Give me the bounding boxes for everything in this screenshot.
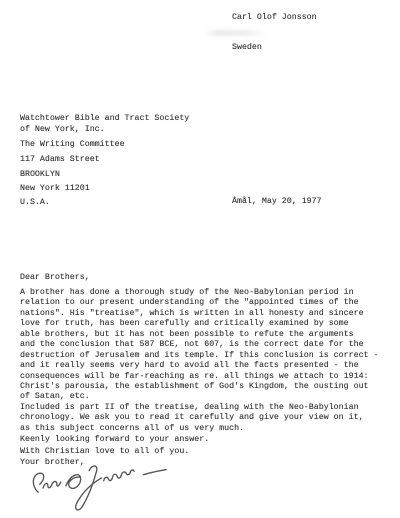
sender-country: Sweden [232, 43, 262, 52]
recipient-line: New York 11201 [20, 184, 90, 193]
closing-line: Keenly looking forward to your answer. [20, 435, 209, 444]
recipient-line: 117 Adams Street [20, 155, 100, 164]
recipient-line: The Writing Committee [20, 140, 125, 149]
recipient-line: U.S.A. [20, 198, 50, 207]
scan-smudge [205, 30, 267, 36]
body-line: and it really seems very hard to avoid a… [20, 361, 378, 371]
body-line: as this subject concerns all of us very … [20, 424, 364, 434]
recipient-line: BROOKLYN [20, 170, 60, 179]
closing-line: With Christian love to all of you. [20, 447, 189, 456]
date-line: Åmål, May 20, 1977 [232, 197, 322, 206]
recipient-line: Watchtower Bible and Tract Society [20, 114, 189, 123]
letter-page: Carl Olof Jonsson Sweden Watchtower Bibl… [0, 0, 400, 518]
handwritten-signature [25, 458, 177, 516]
body-line: A brother has done a thorough study of t… [20, 288, 378, 298]
body-paragraph-2: Included is part II of the treatise, dea… [20, 403, 364, 434]
sender-name: Carl Olof Jonsson [232, 13, 317, 22]
body-line: destruction of Jerusalem and its temple.… [20, 351, 378, 361]
body-line: able brothers, but it has not been possi… [20, 330, 378, 340]
body-line: consequences will be far-reaching as re.… [20, 372, 378, 382]
body-line: Included is part II of the treatise, dea… [20, 403, 364, 413]
salutation: Dear Brothers, [20, 273, 90, 282]
body-line: of Satan, etc. [20, 392, 378, 402]
recipient-line: of New York, Inc. [20, 125, 105, 134]
body-line: nations". His "treatise", which is writt… [20, 309, 378, 319]
body-line: love for truth, has been carefully and c… [20, 319, 378, 329]
body-line: and the conclusion that 587 BCE, not 607… [20, 340, 378, 350]
body-paragraph-1: A brother has done a thorough study of t… [20, 288, 378, 403]
body-line: Christ's parousia, the establishment of … [20, 382, 378, 392]
body-line: relation to our present understanding of… [20, 298, 378, 308]
body-line: chronology. We ask you to read it carefu… [20, 413, 364, 423]
